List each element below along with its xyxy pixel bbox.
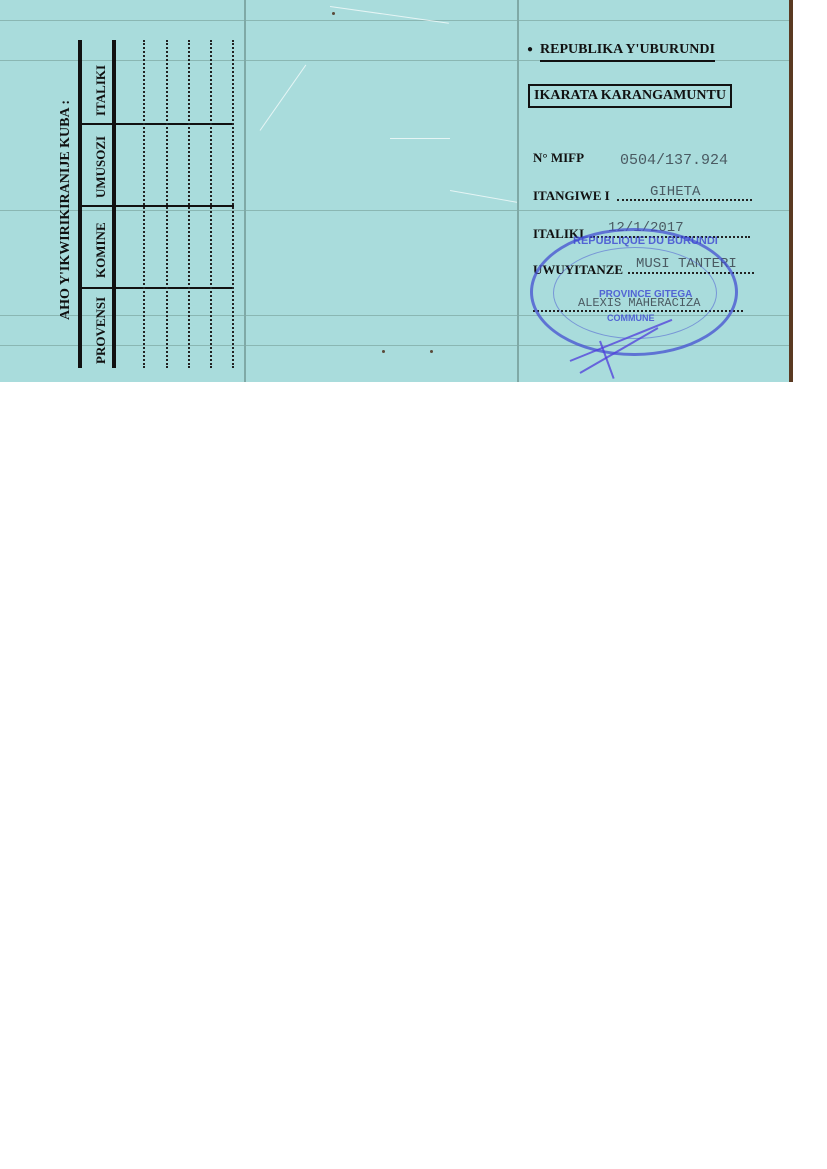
stamp-outer-text: REPUBLIQUE DU BURUNDI: [573, 235, 718, 247]
column-komine: KOMINE: [93, 222, 109, 278]
field-value-itangiwe: GIHETA: [650, 184, 700, 200]
stamp-province-text: PROVINCE GITEGA: [599, 289, 692, 300]
dotted-column: [143, 40, 145, 368]
field-value-mifp: 0504/137.924: [620, 152, 728, 169]
table-header-divider: [112, 40, 116, 368]
field-label-mifp: N° MIFP: [533, 150, 584, 166]
table-border-left: [78, 40, 82, 368]
id-card: AHO Y'IKWIRIKIRANIJE KUBA : PROVENSI KOM…: [0, 0, 793, 382]
dotted-column: [210, 40, 212, 368]
stamp-commune-text: COMMUNE: [607, 313, 655, 323]
residence-title: AHO Y'IKWIRIKIRANIJE KUBA :: [58, 100, 74, 320]
document-title: IKARATA KARANGAMUNTU: [528, 84, 732, 108]
column-umusozi: UMUSOZI: [93, 136, 109, 198]
blank-middle-panel: [246, 0, 519, 382]
bullet-dot: ●: [527, 44, 533, 55]
field-label-itangiwe: ITANGIWE I: [533, 188, 610, 204]
dotted-column: [188, 40, 190, 368]
column-provensi: PROVENSI: [93, 297, 109, 364]
country-heading: REPUBLIKA Y'UBURUNDI: [540, 42, 715, 62]
dotted-column: [166, 40, 168, 368]
dotted-column: [232, 40, 234, 368]
column-italiki: ITALIKI: [93, 65, 109, 116]
official-stamp: REPUBLIQUE DU BURUNDI PROVINCE GITEGA CO…: [530, 228, 738, 356]
